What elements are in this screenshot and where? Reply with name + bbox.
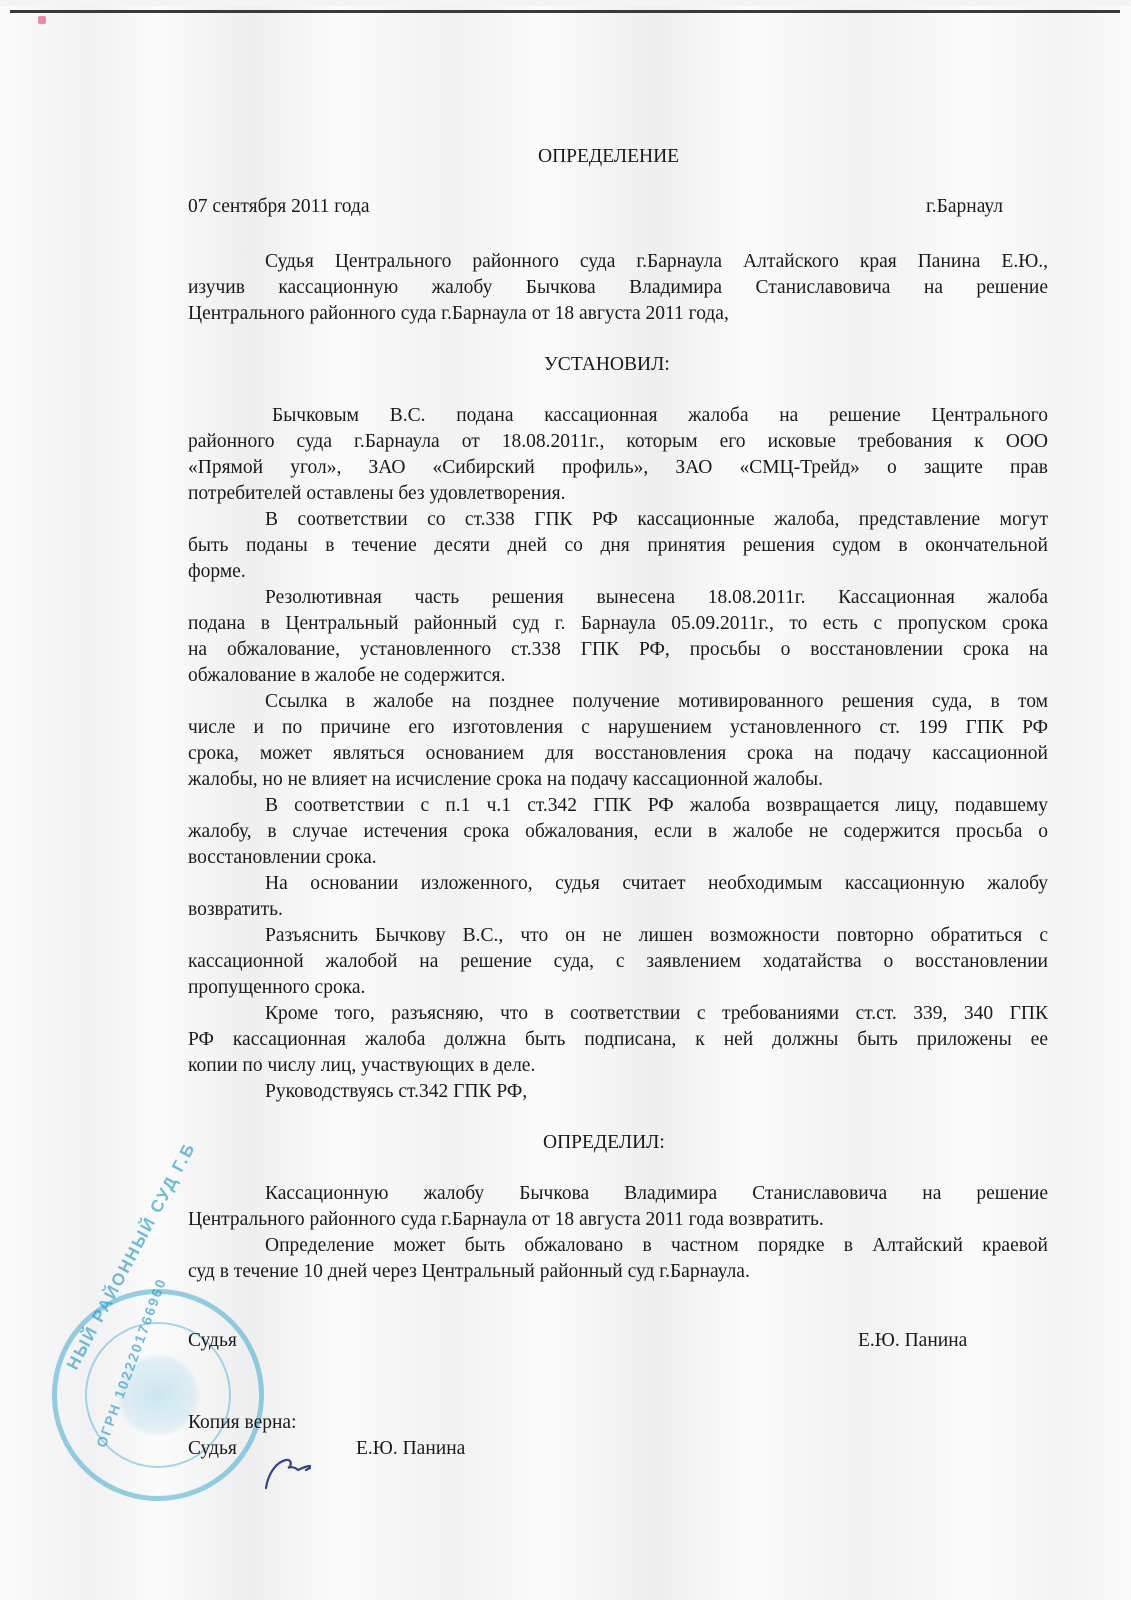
document-page: ОПРЕДЕЛЕНИЕ 07 сентября 2011 года г.Барн… — [0, 6, 1131, 1600]
body-line: возвратить. — [188, 897, 1048, 923]
body-line: В соответствии со ст.338 ГПК РФ кассацио… — [188, 507, 1048, 533]
body-line: жалобу, в случае истечения срока обжалов… — [188, 819, 1048, 845]
copy-certified-label: Копия верна: — [188, 1410, 297, 1436]
copy-judge-label: Судья — [188, 1436, 237, 1462]
body-line: В соответствии с п.1 ч.1 ст.342 ГПК РФ ж… — [188, 793, 1048, 819]
body-line: На основании изложенного, судья считает … — [188, 871, 1048, 897]
scan-edge — [10, 10, 1120, 13]
body-line: «Прямой угол», ЗАО «Сибирский профиль», … — [188, 455, 1048, 481]
body-line: срока, может являться основанием для вос… — [188, 741, 1048, 767]
body-line: Разъяснить Бычкову В.С., что он не лишен… — [188, 923, 1048, 949]
copy-judge-name: Е.Ю. Панина — [356, 1436, 465, 1462]
body-line: числе и по причине его изготовления с на… — [188, 715, 1048, 741]
body-line: форме. — [188, 559, 1048, 585]
decision-line: Центрального районного суда г.Барнаула о… — [188, 1207, 1048, 1233]
document-city: г.Барнаул — [926, 194, 1003, 220]
document-date: 07 сентября 2011 года — [188, 194, 370, 220]
body-line: РФ кассационная жалоба должна быть подпи… — [188, 1027, 1048, 1053]
body-line: потребителей оставлены без удовлетворени… — [188, 481, 1048, 507]
decision-line: суд в течение 10 дней через Центральный … — [188, 1259, 1048, 1285]
judge-name: Е.Ю. Панина — [858, 1328, 967, 1354]
body-line: Ссылка в жалобе на позднее получение мот… — [188, 689, 1048, 715]
pink-marker — [38, 16, 46, 24]
court-stamp: НЫЙ РАЙОННЫЙ СУД Г.Б ОГРН 1022201766960 — [52, 1289, 264, 1501]
body-line: Кроме того, разъясняю, что в соответстви… — [188, 1001, 1048, 1027]
body-line: районного суда г.Барнаула от 18.08.2011г… — [188, 429, 1048, 455]
document-title: ОПРЕДЕЛЕНИЕ — [538, 144, 679, 170]
body-line: Бычковым В.С. подана кассационная жалоба… — [188, 403, 1048, 429]
body-line: обжалование в жалобе не содержится. — [188, 663, 1048, 689]
handwritten-signature — [262, 1454, 322, 1494]
intro-line: Судья Центрального районного суда г.Барн… — [188, 249, 1048, 275]
body-line: копии по числу лиц, участвующих в деле. — [188, 1053, 1048, 1079]
body-line: пропущенного срока. — [188, 975, 1048, 1001]
section-decided-heading: ОПРЕДЕЛИЛ: — [543, 1130, 665, 1156]
body-line: Резолютивная часть решения вынесена 18.0… — [188, 585, 1048, 611]
body-line: восстановлении срока. — [188, 845, 1048, 871]
body-line: кассационной жалобой на решение суда, с … — [188, 949, 1048, 975]
intro-line: изучив кассационную жалобу Бычкова Влади… — [188, 275, 1048, 301]
body-line: жалобы, но не влияет на исчисление срока… — [188, 767, 1048, 793]
section-established-heading: УСТАНОВИЛ: — [544, 352, 670, 378]
judge-label: Судья — [188, 1328, 237, 1354]
body-line: подана в Центральный районный суд г. Бар… — [188, 611, 1048, 637]
body-line: Руководствуясь ст.342 ГПК РФ, — [188, 1079, 1048, 1105]
intro-line: Центрального районного суда г.Барнаула о… — [188, 301, 1048, 327]
body-line: быть поданы в течение десяти дней со дня… — [188, 533, 1048, 559]
decision-line: Кассационную жалобу Бычкова Владимира Ст… — [188, 1181, 1048, 1207]
body-line: на обжалование, установленного ст.338 ГП… — [188, 637, 1048, 663]
decision-line: Определение может быть обжаловано в част… — [188, 1233, 1048, 1259]
